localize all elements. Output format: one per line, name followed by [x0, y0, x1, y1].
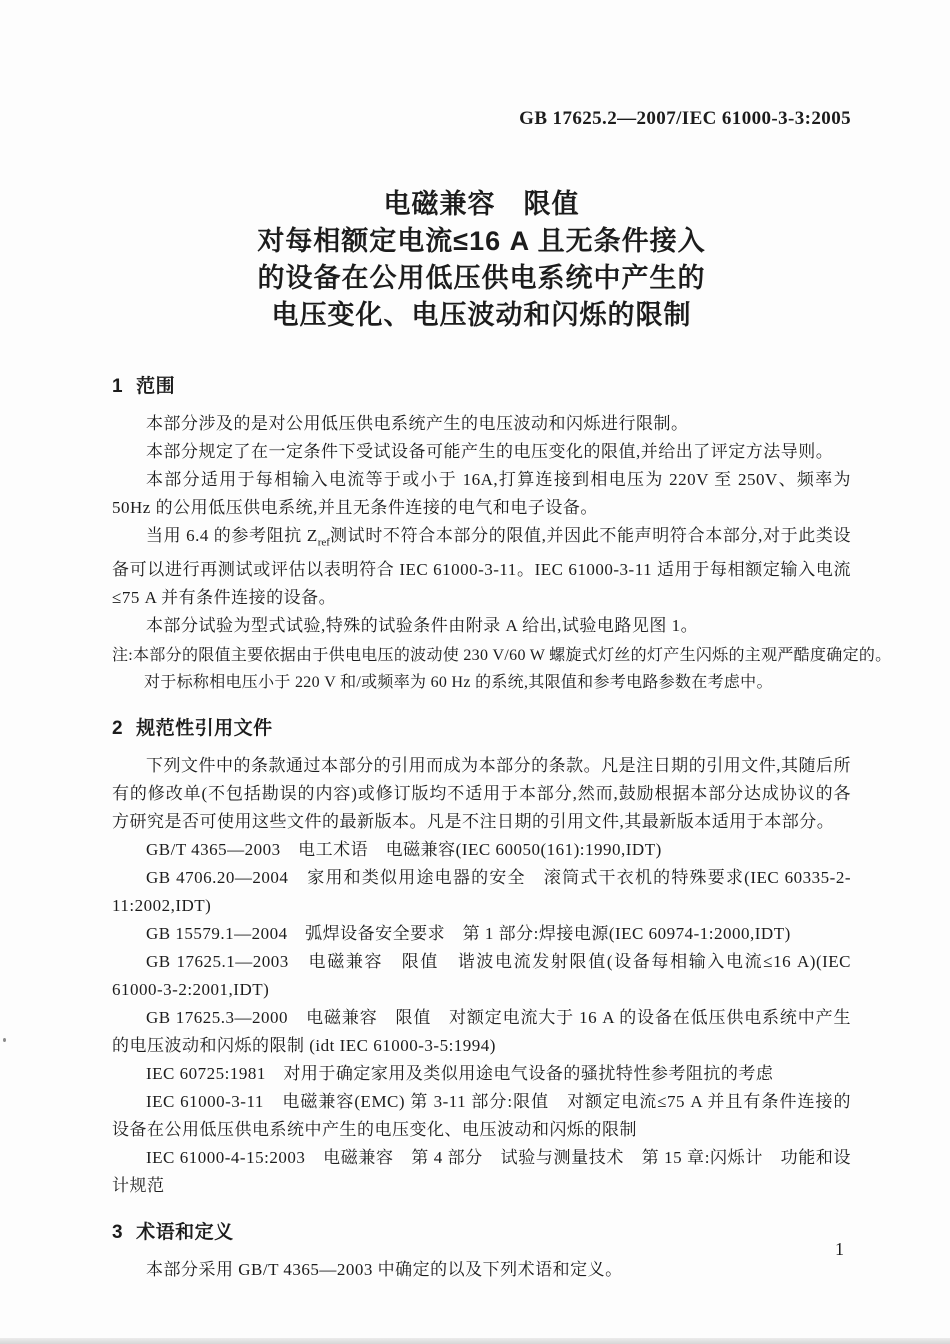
zref-subscript: ref [318, 536, 330, 548]
reference-item-8: IEC 61000-4-15:2003 电磁兼容 第 4 部分 试验与测量技术 … [112, 1144, 851, 1200]
reference-item-6: IEC 60725:1981 对用于确定家用及类似用途电气设备的骚扰特性参考阻抗… [112, 1060, 851, 1088]
document-page: GB 17625.2—2007/IEC 61000-3-3:2005 电磁兼容 … [0, 108, 950, 1284]
section-number: 1 [112, 376, 123, 397]
section-number: 3 [112, 1222, 123, 1243]
references-intro: 下列文件中的条款通过本部分的引用而成为本部分的条款。凡是注日期的引用文件,其随后… [112, 752, 851, 836]
scan-edge-artifact [0, 1338, 950, 1344]
title-line-2: 对每相额定电流≤16 A 且无条件接入 [112, 223, 851, 260]
note-line-1: 注:本部分的限值主要依据由于供电电压的波动使 230 V/60 W 螺旋式灯丝的… [112, 642, 851, 669]
section-title-text: 范围 [136, 376, 175, 397]
section-terms-definitions: 3术语和定义 本部分采用 GB/T 4365—2003 中确定的以及下列术语和定… [112, 1220, 851, 1284]
scope-paragraph-5: 本部分试验为型式试验,特殊的试验条件由附录 A 给出,试验电路见图 1。 [112, 612, 851, 640]
title-line-4: 电压变化、电压波动和闪烁的限制 [112, 297, 851, 334]
scope-paragraph-2: 本部分规定了在一定条件下受试设备可能产生的电压变化的限值,并给出了评定方法导则。 [112, 438, 851, 466]
standard-number: GB 17625.2—2007/IEC 61000-3-3:2005 [112, 108, 851, 130]
reference-item-5: GB 17625.3—2000 电磁兼容 限值 对额定电流大于 16 A 的设备… [112, 1004, 851, 1060]
reference-item-3: GB 15579.1—2004 弧焊设备安全要求 第 1 部分:焊接电源(IEC… [112, 920, 851, 948]
section-scope: 1范围 本部分涉及的是对公用低压供电系统产生的电压波动和闪烁进行限制。 本部分规… [112, 374, 851, 696]
section-title-text: 规范性引用文件 [136, 718, 273, 739]
title-line-3: 的设备在公用低压供电系统中产生的 [112, 260, 851, 297]
section-title-text: 术语和定义 [136, 1222, 234, 1243]
section-terms-heading: 3术语和定义 [112, 1220, 851, 1246]
scan-speck-artifact [3, 1038, 6, 1042]
document-title: 电磁兼容 限值 对每相额定电流≤16 A 且无条件接入 的设备在公用低压供电系统… [112, 186, 851, 334]
note-line-2: 对于标称相电压小于 220 V 和/或频率为 60 Hz 的系统,其限值和参考电… [112, 669, 851, 696]
title-line-1: 电磁兼容 限值 [112, 186, 851, 223]
section-references-heading: 2规范性引用文件 [112, 716, 851, 742]
page-number: 1 [835, 1238, 844, 1260]
scope-paragraph-4: 当用 6.4 的参考阻抗 Zref测试时不符合本部分的限值,并因此不能声明符合本… [112, 522, 851, 612]
section-number: 2 [112, 718, 123, 739]
scope-note: 注:本部分的限值主要依据由于供电电压的波动使 230 V/60 W 螺旋式灯丝的… [112, 642, 851, 696]
section-scope-heading: 1范围 [112, 374, 851, 400]
reference-item-7: IEC 61000-3-11 电磁兼容(EMC) 第 3-11 部分:限值 对额… [112, 1088, 851, 1144]
scope-paragraph-3: 本部分适用于每相输入电流等于或小于 16A,打算连接到相电压为 220V 至 2… [112, 466, 851, 522]
reference-item-4: GB 17625.1—2003 电磁兼容 限值 谐波电流发射限值(设备每相输入电… [112, 948, 851, 1004]
section-normative-references: 2规范性引用文件 下列文件中的条款通过本部分的引用而成为本部分的条款。凡是注日期… [112, 716, 851, 1200]
reference-item-2: GB 4706.20—2004 家用和类似用途电器的安全 滚筒式干衣机的特殊要求… [112, 864, 851, 920]
zref-text-before: 当用 6.4 的参考阻抗 Z [146, 526, 318, 545]
terms-paragraph-1: 本部分采用 GB/T 4365—2003 中确定的以及下列术语和定义。 [112, 1256, 851, 1284]
reference-item-1: GB/T 4365—2003 电工术语 电磁兼容(IEC 60050(161):… [112, 836, 851, 864]
scope-paragraph-1: 本部分涉及的是对公用低压供电系统产生的电压波动和闪烁进行限制。 [112, 410, 851, 438]
